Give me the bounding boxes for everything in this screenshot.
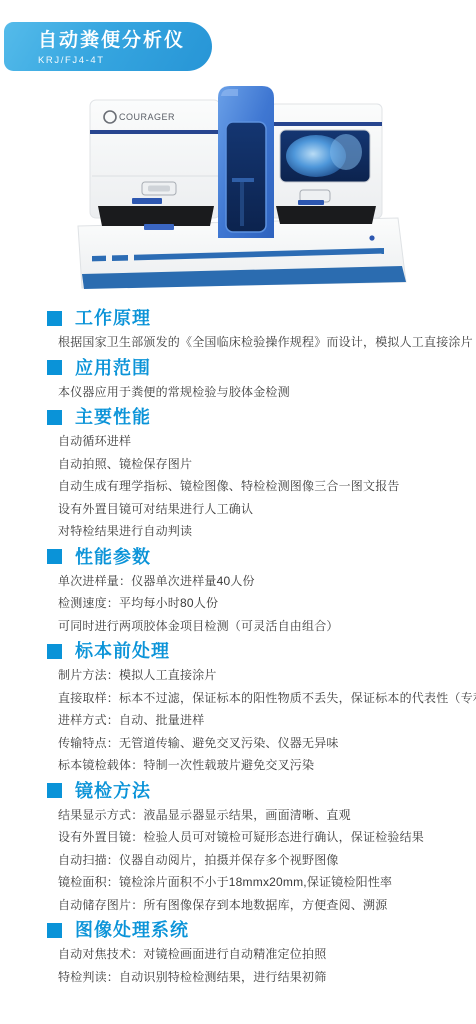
section-items: 制片方法：模拟人工直接涂片直接取样：标本不过滤，保证标本的阳性物质不丢失，保证标… xyxy=(47,669,458,771)
section-1: 应用范围 本仪器应用于粪便的常规检验与胶体金检测 xyxy=(47,359,458,398)
section-item-text: 进样方式：自动、批量进样 xyxy=(58,714,458,726)
section-item-text: 镜检面积：镜检涂片面积不小于18mmx20mm,保证镜检阳性率 xyxy=(58,876,458,888)
section-title: 应用范围 xyxy=(75,359,151,377)
section-item-text: 自动拍照、镜检保存图片 xyxy=(58,458,458,470)
section-header: 性能参数 xyxy=(47,548,458,566)
section-header: 标本前处理 xyxy=(47,642,458,660)
section-bullet-icon xyxy=(47,644,62,659)
product-image: COURAGER xyxy=(62,86,414,300)
section-4: 标本前处理 制片方法：模拟人工直接涂片直接取样：标本不过滤，保证标本的阳性物质不… xyxy=(47,642,458,771)
section-header: 镜检方法 xyxy=(47,782,458,800)
section-title: 镜检方法 xyxy=(75,782,151,800)
section-item-text: 本仪器应用于粪便的常规检验与胶体金检测 xyxy=(58,386,458,398)
section-bullet-icon xyxy=(47,923,62,938)
section-item-text: 标本镜检载体：特制一次性载玻片避免交叉污染 xyxy=(58,759,458,771)
section-item-text: 自动生成有理学指标、镜检图像、特检检测图像三合一图文报告 xyxy=(58,480,458,492)
section-item-text: 对特检结果进行自动判读 xyxy=(58,525,458,537)
analyzer-machine-illustration: COURAGER xyxy=(62,86,414,300)
section-item-text: 设有外置目镜：检验人员可对镜检可疑形态进行确认，保证检验结果 xyxy=(58,831,458,843)
section-item-text: 根据国家卫生部颁发的《全国临床检验操作规程》而设计，模拟人工直接涂片 xyxy=(58,336,458,348)
section-item-text: 特检判读：自动识别特检检测结果，进行结果初筛 xyxy=(58,971,458,983)
section-items: 本仪器应用于粪便的常规检验与胶体金检测 xyxy=(47,386,458,398)
section-header: 图像处理系统 xyxy=(47,921,458,939)
section-header: 主要性能 xyxy=(47,408,458,426)
brand-logo-text: COURAGER xyxy=(119,112,175,122)
section-item-text: 设有外置目镜可对结果进行人工确认 xyxy=(58,503,458,515)
section-item-text: 直接取样：标本不过滤，保证标本的阳性物质不丢失，保证标本的代表性（专利技术） xyxy=(58,692,458,704)
section-item-text: 检测速度：平均每小时80人份 xyxy=(58,597,458,609)
section-item-text: 自动储存图片：所有图像保存到本地数据库，方便查阅、溯源 xyxy=(58,899,458,911)
section-header: 工作原理 xyxy=(47,309,458,327)
section-item-text: 制片方法：模拟人工直接涂片 xyxy=(58,669,458,681)
product-sheet-page: 自动粪便分析仪 KRJ/FJ4-4T xyxy=(0,0,476,1024)
section-title: 性能参数 xyxy=(75,548,151,566)
section-5: 镜检方法 结果显示方式：液晶显示器显示结果，画面清晰、直观设有外置目镜：检验人员… xyxy=(47,782,458,911)
section-bullet-icon xyxy=(47,311,62,326)
section-6: 图像处理系统 自动对焦技术：对镜检画面进行自动精准定位拍照特检判读：自动识别特检… xyxy=(47,921,458,983)
section-items: 单次进样量：仪器单次进样量40人份检测速度：平均每小时80人份可同时进行两项胶体… xyxy=(47,575,458,632)
section-item-text: 结果显示方式：液晶显示器显示结果，画面清晰、直观 xyxy=(58,809,458,821)
section-bullet-icon xyxy=(47,783,62,798)
page-title: 自动粪便分析仪 xyxy=(38,30,212,52)
section-2: 主要性能 自动循环进样自动拍照、镜检保存图片自动生成有理学指标、镜检图像、特检检… xyxy=(47,408,458,537)
sections: 工作原理 根据国家卫生部颁发的《全国临床检验操作规程》而设计，模拟人工直接涂片 … xyxy=(0,306,476,993)
section-bullet-icon xyxy=(47,549,62,564)
section-title: 主要性能 xyxy=(75,408,151,426)
section-item-text: 传输特点：无管道传输、避免交叉污染、仪器无异味 xyxy=(58,737,458,749)
section-item-text: 自动扫描：仪器自动阅片，拍摄并保存多个视野图像 xyxy=(58,854,458,866)
header-banner: 自动粪便分析仪 KRJ/FJ4-4T xyxy=(4,22,212,71)
section-header: 应用范围 xyxy=(47,359,458,377)
section-bullet-icon xyxy=(47,360,62,375)
section-items: 结果显示方式：液晶显示器显示结果，画面清晰、直观设有外置目镜：检验人员可对镜检可… xyxy=(47,809,458,911)
section-item-text: 可同时进行两项胶体金项目检测（可灵活自由组合） xyxy=(58,620,458,632)
section-title: 图像处理系统 xyxy=(75,921,189,939)
model-number: KRJ/FJ4-4T xyxy=(38,55,212,66)
section-item-text: 自动对焦技术：对镜检画面进行自动精准定位拍照 xyxy=(58,948,458,960)
section-bullet-icon xyxy=(47,410,62,425)
section-title: 工作原理 xyxy=(75,309,151,327)
section-item-text: 自动循环进样 xyxy=(58,435,458,447)
section-title: 标本前处理 xyxy=(75,642,170,660)
section-3: 性能参数 单次进样量：仪器单次进样量40人份检测速度：平均每小时80人份可同时进… xyxy=(47,548,458,632)
section-item-text: 单次进样量：仪器单次进样量40人份 xyxy=(58,575,458,587)
section-items: 自动对焦技术：对镜检画面进行自动精准定位拍照特检判读：自动识别特检检测结果，进行… xyxy=(47,948,458,983)
section-items: 自动循环进样自动拍照、镜检保存图片自动生成有理学指标、镜检图像、特检检测图像三合… xyxy=(47,435,458,537)
section-items: 根据国家卫生部颁发的《全国临床检验操作规程》而设计，模拟人工直接涂片 xyxy=(47,336,458,348)
section-0: 工作原理 根据国家卫生部颁发的《全国临床检验操作规程》而设计，模拟人工直接涂片 xyxy=(47,309,458,348)
